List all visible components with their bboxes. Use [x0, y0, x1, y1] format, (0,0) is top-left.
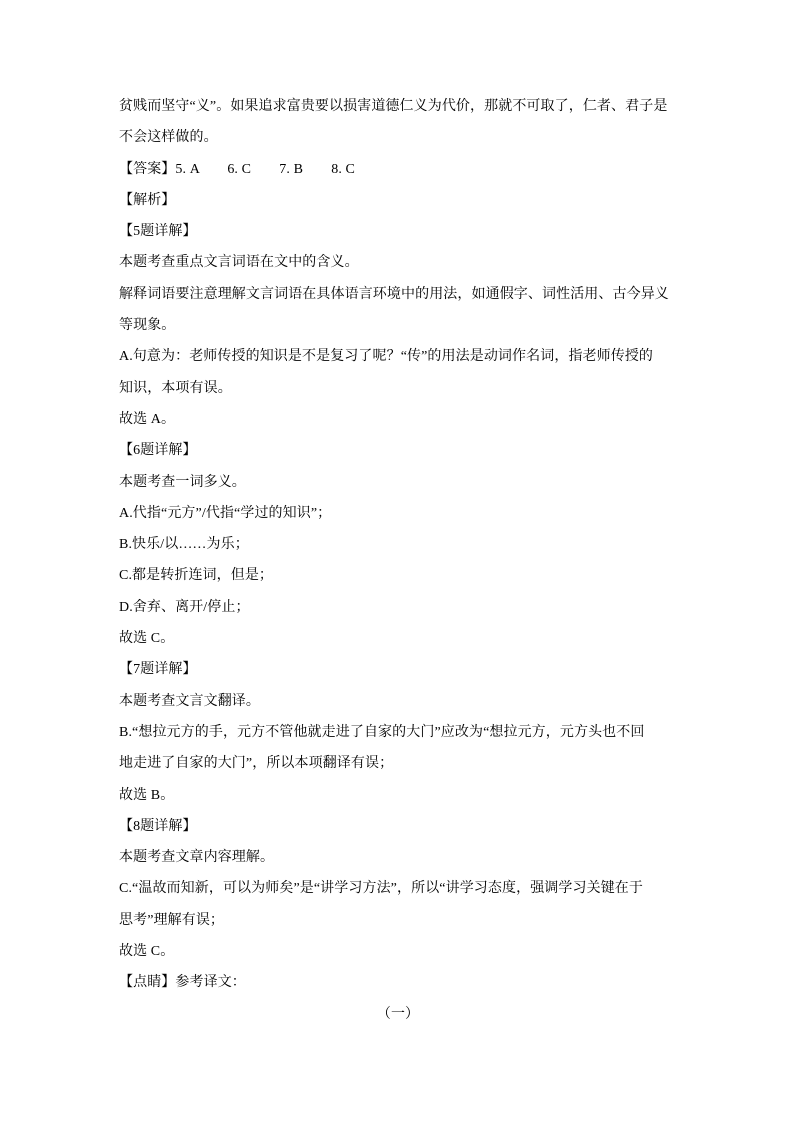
- q7-conclusion: 故选 B。: [119, 780, 677, 811]
- translation-tail-line-2: 不会这样做的。: [119, 122, 677, 153]
- q8-conclusion: 故选 C。: [119, 936, 677, 967]
- q5-body-line-2: 解释词语要注意理解文言词语在具体语言环境中的用法，如通假字、词性活用、古今异义: [119, 279, 677, 310]
- analysis-label: 【解析】: [119, 185, 677, 216]
- q5-option-a-line-1: A.句意为：老师传授的知识是不是复习了呢？“传”的用法是动词作名词，指老师传授的: [119, 341, 677, 372]
- q8-option-c-line-1: C.“温故而知新，可以为师矣”是“讲学习方法”，所以“讲学习态度，强调学习关键在…: [119, 873, 677, 904]
- highlight-reference-translation-label: 【点睛】参考译文：: [119, 967, 677, 998]
- section-marker-one: （一）: [119, 999, 677, 1030]
- q8-heading: 【8题详解】: [119, 811, 677, 842]
- q6-option-d: D.舍弃、离开/停止；: [119, 592, 677, 623]
- q7-body-line-1: 本题考查文言文翻译。: [119, 686, 677, 717]
- q7-option-b-line-1: B.“想拉元方的手，元方不管他就走进了自家的大门”应改为“想拉元方，元方头也不回: [119, 717, 677, 748]
- q8-option-c-line-2: 思考”理解有误；: [119, 905, 677, 936]
- translation-tail-line-1: 贫贱而坚守“义”。如果追求富贵要以损害道德仁义为代价，那就不可取了，仁者、君子是: [119, 91, 677, 122]
- q5-conclusion: 故选 A。: [119, 404, 677, 435]
- q6-conclusion: 故选 C。: [119, 623, 677, 654]
- q6-option-a: A.代指“元方”/代指“学过的知识”；: [119, 498, 677, 529]
- q5-option-a-line-2: 知识，本项有误。: [119, 373, 677, 404]
- q5-body-line-3: 等现象。: [119, 310, 677, 341]
- q5-body-line-1: 本题考查重点文言词语在文中的含义。: [119, 247, 677, 278]
- q6-option-c: C.都是转折连词，但是；: [119, 560, 677, 591]
- q5-heading: 【5题详解】: [119, 216, 677, 247]
- q7-heading: 【7题详解】: [119, 654, 677, 685]
- q6-heading: 【6题详解】: [119, 435, 677, 466]
- q7-option-b-line-2: 地走进了自家的大门”，所以本项翻译有误；: [119, 748, 677, 779]
- q6-body-line-1: 本题考查一词多义。: [119, 467, 677, 498]
- answer-key-line: 【答案】5. A 6. C 7. B 8. C: [119, 154, 677, 185]
- q8-body-line-1: 本题考查文章内容理解。: [119, 842, 677, 873]
- document-page: 贫贱而坚守“义”。如果追求富贵要以损害道德仁义为代价，那就不可取了，仁者、君子是…: [0, 0, 794, 1123]
- q6-option-b: B.快乐/以……为乐；: [119, 529, 677, 560]
